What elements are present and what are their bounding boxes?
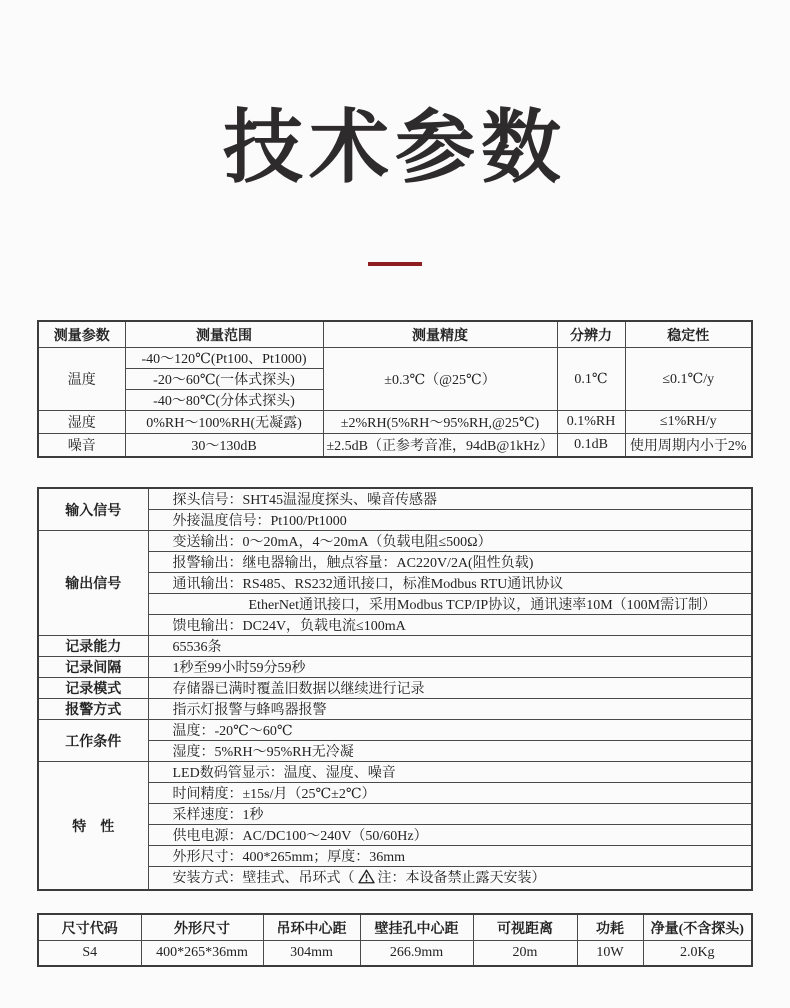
col-header-resolution: 分辨力 [557,321,625,348]
dim-cell-net-weight: 2.0Kg [643,941,752,967]
resolution-cell: 0.1dB [557,434,625,458]
param-cell-temperature: 温度 [38,348,125,411]
detail-line: 外接温度信号：Pt100/Pt1000 [148,510,752,531]
table-header-row: 尺寸代码 外形尺寸 吊环中心距 壁挂孔中心距 可视距离 功耗 净量(不含探头) [38,914,752,941]
dim-cell-view-distance: 20m [473,941,577,967]
table-row: 湿度 0%RH～100%RH(无凝露) ±2%RH(5%RH～95%RH,@25… [38,411,752,434]
col-header-power: 功耗 [577,914,643,941]
range-cell: -40～120℃(Pt100、Pt1000) [125,348,323,369]
detail-line: 采样速度：1秒 [148,804,752,825]
range-cell: 30～130dB [125,434,323,458]
detail-label-working-conditions: 工作条件 [38,720,148,762]
spec-sheet-page: 技术参数 测量参数 测量范围 测量精度 分辨力 稳定性 温度 -40～120℃(… [0,0,790,1008]
detail-label-alarm-mode: 报警方式 [38,699,148,720]
col-header-stability: 稳定性 [625,321,752,348]
detail-line: 通讯输出：RS485、RS232通讯接口，标准Modbus RTU通讯协议 [148,573,752,594]
table-row: 记录间隔 1秒至99小时59分59秒 [38,657,752,678]
detail-label-features: 特 性 [38,762,148,891]
detail-line: 外形尺寸：400*265mm；厚度：36mm [148,846,752,867]
accuracy-cell: ±0.3℃（@25℃） [323,348,557,411]
table-row: 记录能力 65536条 [38,636,752,657]
table-row: 温度 -40～120℃(Pt100、Pt1000) ±0.3℃（@25℃） 0.… [38,348,752,369]
table-row: 输出信号 变送输出：0～20mA，4～20mA（负载电阻≤500Ω） [38,531,752,552]
detail-line: EtherNet通讯接口，采用Modbus TCP/IP协议，通讯速率10M（1… [148,594,752,615]
col-header-ring-distance: 吊环中心距 [263,914,360,941]
col-header-size-code: 尺寸代码 [38,914,141,941]
table-row: 记录模式 存储器已满时覆盖旧数据以继续进行记录 [38,678,752,699]
detail-line: 馈电输出：DC24V，负载电流≤100mA [148,615,752,636]
detail-spec-table: 输入信号 探头信号：SHT45温湿度探头、噪音传感器 外接温度信号：Pt100/… [37,487,753,891]
detail-line: 存储器已满时覆盖旧数据以继续进行记录 [148,678,752,699]
detail-line: 变送输出：0～20mA，4～20mA（负载电阻≤500Ω） [148,531,752,552]
dim-cell-outline-size: 400*265*36mm [141,941,263,967]
range-cell: -20～60℃(一体式探头) [125,369,323,390]
resolution-cell: 0.1%RH [557,411,625,434]
detail-line: 探头信号：SHT45温湿度探头、噪音传感器 [148,488,752,510]
col-header-outline-size: 外形尺寸 [141,914,263,941]
resolution-cell: 0.1℃ [557,348,625,411]
table-row: 噪音 30～130dB ±2.5dB（正参考音准，94dB@1kHz） 0.1d… [38,434,752,458]
detail-line: 温度：-20℃～60℃ [148,720,752,741]
detail-label-record-mode: 记录模式 [38,678,148,699]
accuracy-cell: ±2%RH(5%RH～95%RH,@25℃) [323,411,557,434]
stability-cell: 使用周期内小于2% [625,434,752,458]
dim-cell-power: 10W [577,941,643,967]
col-header-view-distance: 可视距离 [473,914,577,941]
col-header-accuracy: 测量精度 [323,321,557,348]
table-row: 特 性 LED数码管显示：温度、湿度、噪音 [38,762,752,783]
dimension-table: 尺寸代码 外形尺寸 吊环中心距 壁挂孔中心距 可视距离 功耗 净量(不含探头) … [37,913,753,967]
col-header-wallhole-distance: 壁挂孔中心距 [360,914,473,941]
detail-label-input-signal: 输入信号 [38,488,148,531]
detail-line: 指示灯报警与蜂鸣器报警 [148,699,752,720]
detail-line: LED数码管显示：温度、湿度、噪音 [148,762,752,783]
stability-cell: ≤1%RH/y [625,411,752,434]
table-row: 工作条件 温度：-20℃～60℃ [38,720,752,741]
mounting-text-suffix: 注：本设备禁止露天安装） [378,871,546,886]
dim-cell-wallhole-distance: 266.9mm [360,941,473,967]
param-cell-humidity: 湿度 [38,411,125,434]
range-cell: -40～80℃(分体式探头) [125,390,323,411]
warning-icon [358,869,375,889]
detail-line: 65536条 [148,636,752,657]
page-title: 技术参数 [0,0,790,188]
table-row: 报警方式 指示灯报警与蜂鸣器报警 [38,699,752,720]
col-header-net-weight: 净量(不含探头) [643,914,752,941]
range-cell: 0%RH～100%RH(无凝露) [125,411,323,434]
detail-line: 报警输出：继电器输出，触点容量：AC220V/2A(阻性负载) [148,552,752,573]
dim-cell-ring-distance: 304mm [263,941,360,967]
detail-label-record-interval: 记录间隔 [38,657,148,678]
mounting-text-prefix: 安装方式：壁挂式、吊环式（ [173,871,355,886]
table-row: 输入信号 探头信号：SHT45温湿度探头、噪音传感器 [38,488,752,510]
detail-line-mounting: 安装方式：壁挂式、吊环式（注：本设备禁止露天安装） [148,867,752,891]
measurement-spec-table: 测量参数 测量范围 测量精度 分辨力 稳定性 温度 -40～120℃(Pt100… [37,320,753,458]
detail-label-record-capacity: 记录能力 [38,636,148,657]
detail-line: 湿度：5%RH～95%RH无冷凝 [148,741,752,762]
table-row: S4 400*265*36mm 304mm 266.9mm 20m 10W 2.… [38,941,752,967]
table-header-row: 测量参数 测量范围 测量精度 分辨力 稳定性 [38,321,752,348]
detail-line: 1秒至99小时59分59秒 [148,657,752,678]
stability-cell: ≤0.1℃/y [625,348,752,411]
detail-label-output-signal: 输出信号 [38,531,148,636]
accuracy-cell: ±2.5dB（正参考音准，94dB@1kHz） [323,434,557,458]
detail-line: 时间精度：±15s/月（25℃±2℃） [148,783,752,804]
param-cell-noise: 噪音 [38,434,125,458]
col-header-range: 测量范围 [125,321,323,348]
detail-line: 供电电源：AC/DC100～240V（50/60Hz） [148,825,752,846]
dim-cell-size-code: S4 [38,941,141,967]
col-header-param: 测量参数 [38,321,125,348]
title-underline-decoration [368,262,422,266]
